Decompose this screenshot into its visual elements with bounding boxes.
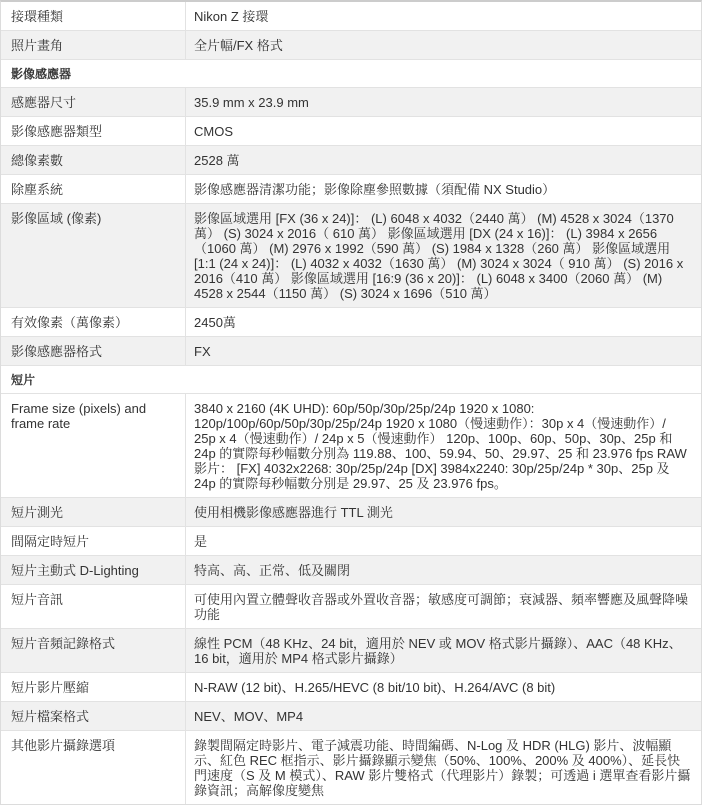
table-row: 除塵系統影像感應器清潔功能；影像除塵參照數據（須配備 NX Studio） xyxy=(1,174,701,203)
table-row: 影像感應器類型CMOS xyxy=(1,116,701,145)
spec-label: 短片主動式 D-Lighting xyxy=(1,556,186,584)
table-row: 影像感應器格式FX xyxy=(1,336,701,365)
spec-label: 影像區域 (像素) xyxy=(1,204,186,307)
spec-label: Frame size (pixels) and frame rate xyxy=(1,394,186,497)
spec-value: 是 xyxy=(186,527,701,555)
spec-value: 使用相機影像感應器進行 TTL 測光 xyxy=(186,498,701,526)
spec-value: 3840 x 2160 (4K UHD): 60p/50p/30p/25p/24… xyxy=(186,394,701,497)
spec-label: 間隔定時短片 xyxy=(1,527,186,555)
spec-value: 線性 PCM（48 KHz、24 bit，適用於 NEV 或 MOV 格式影片攝… xyxy=(186,629,701,672)
spec-value: 可使用內置立體聲收音器或外置收音器；敏感度可調節；衰減器、頻率響應及風聲降噪功能 xyxy=(186,585,701,628)
spec-label: 短片檔案格式 xyxy=(1,702,186,725)
table-row: 短片主動式 D-Lighting特高、高、正常、低及關閉 xyxy=(1,555,701,584)
spec-value: N-RAW (12 bit)、H.265/HEVC (8 bit/10 bit)… xyxy=(186,673,701,701)
spec-value: 2450萬 xyxy=(186,308,701,336)
spec-value: Nikon Z 接環 xyxy=(186,2,701,30)
spec-value: FX xyxy=(186,337,701,365)
table-row: 短片影片壓縮N-RAW (12 bit)、H.265/HEVC (8 bit/1… xyxy=(1,672,701,701)
section-header-row: 短片 xyxy=(1,365,701,393)
spec-label: 短片音頻記錄格式 xyxy=(1,629,186,672)
spec-value: 35.9 mm x 23.9 mm xyxy=(186,88,701,116)
spec-label: 除塵系統 xyxy=(1,175,186,203)
table-row: 短片測光使用相機影像感應器進行 TTL 測光 xyxy=(1,497,701,526)
table-row: 間隔定時短片是 xyxy=(1,526,701,555)
table-row: 總像素數2528 萬 xyxy=(1,145,701,174)
spec-label: 總像素數 xyxy=(1,146,186,174)
spec-label: 感應器尺寸 xyxy=(1,88,186,116)
table-row: 短片音頻記錄格式線性 PCM（48 KHz、24 bit，適用於 NEV 或 M… xyxy=(1,628,701,672)
section-title: 影像感應器 xyxy=(11,67,71,81)
section-header-row: 影像感應器 xyxy=(1,59,701,87)
spec-label: 短片測光 xyxy=(1,498,186,526)
table-row: 有效像素（萬像素）2450萬 xyxy=(1,307,701,336)
table-row: 影像區域 (像素)影像區域選用 [FX (36 x 24)]： (L) 6048… xyxy=(1,203,701,307)
table-row: 短片檔案格式NEV、MOV、MP4 xyxy=(1,701,701,725)
table-row: 短片音訊可使用內置立體聲收音器或外置收音器；敏感度可調節；衰減器、頻率響應及風聲… xyxy=(1,584,701,628)
table-row: 接環種類Nikon Z 接環 xyxy=(1,2,701,30)
table-row: Frame size (pixels) and frame rate3840 x… xyxy=(1,393,701,497)
spec-value: 影像感應器清潔功能；影像除塵參照數據（須配備 NX Studio） xyxy=(186,175,701,203)
table-row: 照片畫角全片幅/FX 格式 xyxy=(1,30,701,59)
spec-label: 短片影片壓縮 xyxy=(1,673,186,701)
spec-value: NEV、MOV、MP4 xyxy=(186,702,701,725)
spec-label: 影像感應器格式 xyxy=(1,337,186,365)
spec-value: 特高、高、正常、低及關閉 xyxy=(186,556,701,584)
spec-value: CMOS xyxy=(186,117,701,145)
camera-spec-table: 接環種類Nikon Z 接環照片畫角全片幅/FX 格式影像感應器感應器尺寸35.… xyxy=(0,0,702,725)
spec-label: 照片畫角 xyxy=(1,31,186,59)
spec-label: 有效像素（萬像素） xyxy=(1,308,186,336)
spec-value: 全片幅/FX 格式 xyxy=(186,31,701,59)
spec-label: 影像感應器類型 xyxy=(1,117,186,145)
spec-value: 影像區域選用 [FX (36 x 24)]： (L) 6048 x 4032（2… xyxy=(186,204,701,307)
table-row: 感應器尺寸35.9 mm x 23.9 mm xyxy=(1,87,701,116)
spec-label: 短片音訊 xyxy=(1,585,186,628)
section-title: 短片 xyxy=(11,373,35,387)
spec-value: 2528 萬 xyxy=(186,146,701,174)
spec-label: 接環種類 xyxy=(1,2,186,30)
